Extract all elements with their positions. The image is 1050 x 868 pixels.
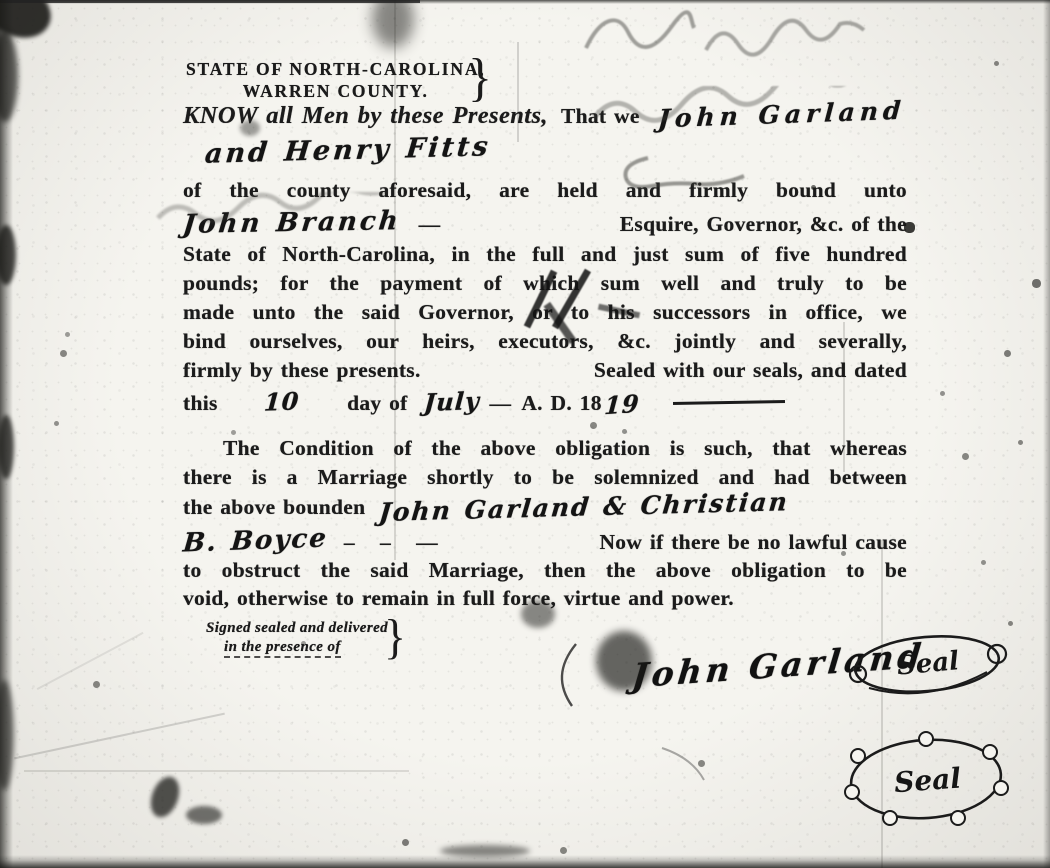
pen-dash: — — [419, 210, 441, 238]
header-state-line: STATE OF NORTH-CAROLINA, — [186, 58, 485, 80]
pen-dashes: – – — — [344, 528, 447, 556]
bond-date-line: this 10 day of July — A. D. 18 19 — [183, 388, 907, 417]
handwritten-couple-names: John Garland & Christian — [378, 485, 908, 527]
condition-line3-printed: the above bounden — [183, 493, 365, 521]
document-content-layer: STATE OF NORTH-CAROLINA, WARREN COUNTY. … — [0, 0, 1050, 868]
attestation-line2: in the presence of — [224, 639, 341, 658]
bond-line-presents: firmly by these presents. — [183, 356, 421, 384]
opening-phrase: KNOW all Men by these Presents, — [183, 102, 548, 130]
bond-line-heirs: bind ourselves, our heirs, executors, &c… — [183, 327, 907, 355]
header-brace-glyph: } — [468, 47, 492, 108]
attestation-brace-glyph: } — [384, 609, 406, 665]
handwritten-month: July — [423, 387, 481, 417]
handwritten-principal-name: John Garland — [657, 97, 908, 134]
pen-dash-stroke — [673, 400, 785, 405]
bond-line-sum: State of North-Carolina, in the full and… — [183, 240, 907, 268]
bond-sealed-line: firmly by these presents. Sealed with ou… — [183, 356, 907, 384]
attestation-block: Signed sealed and delivered in the prese… — [206, 619, 388, 657]
seal-flourish-icon: Seal — [845, 624, 1010, 706]
opening-rest: That we — [561, 102, 640, 130]
date-ad-label: A. D. 18 — [521, 389, 601, 417]
condition-line5: to obstruct the said Marriage, then the … — [183, 556, 907, 584]
bond-governor-line: John Branch — Esquire, Governor, &c. of … — [183, 209, 907, 238]
condition-line1: The Condition of the above obligation is… — [183, 434, 907, 462]
document-header: STATE OF NORTH-CAROLINA, WARREN COUNTY. — [186, 58, 485, 102]
header-county-line: WARREN COUNTY. — [186, 80, 485, 102]
handwritten-year-digits: 19 — [603, 390, 640, 421]
seal-stamp-icon: Seal — [838, 726, 1014, 832]
bond-line-sealed: Sealed with our seals, and dated — [594, 356, 907, 384]
handwritten-bride-name-cont: B. Boyce — [182, 524, 329, 557]
bond-line-payment: pounds; for the payment of which sum wel… — [183, 269, 907, 297]
seal-label: Seal — [896, 646, 961, 681]
bond-line-successors: made unto the said Governor, or to his s… — [183, 298, 907, 326]
date-day-of-label: day of — [347, 389, 408, 417]
seal-label: Seal — [893, 762, 962, 800]
condition-line4-printed: Now if there be no lawful cause — [599, 528, 907, 556]
condition-line6: void, otherwise to remain in full force,… — [183, 584, 907, 612]
pen-dash: — — [490, 389, 512, 417]
attestation-line1: Signed sealed and delivered — [206, 619, 388, 638]
bond-line-esquire: Esquire, Governor, &c. of the — [620, 210, 907, 238]
condition-line2: there is a Marriage shortly to be solemn… — [183, 463, 907, 491]
scanned-marriage-bond-document: STATE OF NORTH-CAROLINA, WARREN COUNTY. … — [0, 0, 1050, 868]
handwritten-surety-name: and Henry Fitts — [204, 133, 492, 169]
date-this-label: this — [183, 389, 218, 417]
bond-surety-line: and Henry Fitts — [183, 137, 907, 166]
condition-boyce-line: B. Boyce – – — Now if there be no lawful… — [183, 527, 907, 556]
handwritten-governor-name: John Branch — [182, 207, 403, 239]
handwritten-day-number: 10 — [263, 387, 300, 416]
bond-opening-line: KNOW all Men by these Presents, That we … — [183, 101, 907, 130]
bond-line-bound: of the county aforesaid, are held and fi… — [183, 176, 907, 204]
condition-bounden-line: the above bounden John Garland & Christi… — [183, 492, 907, 521]
